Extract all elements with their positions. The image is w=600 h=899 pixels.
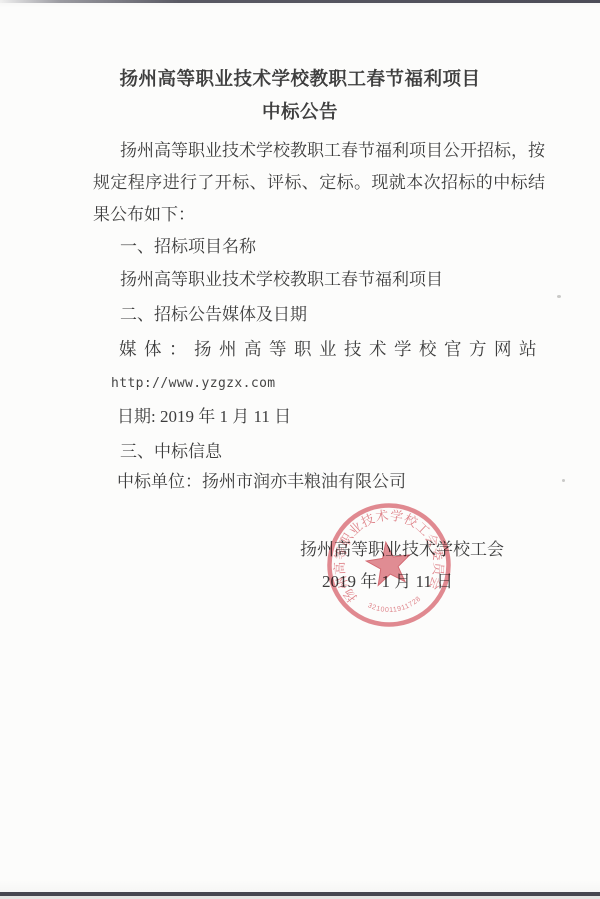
scan-speck [562,479,565,482]
section3-heading: 三、中标信息 [120,441,222,463]
scanned-document-page: 扬州高等职业技术学校教职工春节福利项目 中标公告 扬州高等职业技术学校教职工春节… [0,0,600,899]
official-seal-stamp: 扬州高等职业技术学校工会委员会 3210011911728 [304,480,473,649]
section2-heading: 二、招标公告媒体及日期 [120,304,307,326]
section2-media-url: http://www.yzgzx.com [111,373,276,395]
section1-heading: 一、招标项目名称 [120,236,256,258]
scan-edge-bottom [0,892,600,896]
document-title-line2: 中标公告 [0,99,600,125]
section2-date-line: 日期: 2019 年 1 月 11 日 [117,406,291,428]
intro-paragraph: 扬州高等职业技术学校教职工春节福利项目公开招标，按规定程序进行了开标、评标、定标… [93,135,545,231]
section1-project-name: 扬州高等职业技术学校教职工春节福利项目 [120,269,443,291]
seal-serial-number: 3210011911728 [366,595,424,618]
scan-edge-top [0,0,600,3]
section3-winner-line: 中标单位：扬州市润亦丰粮油有限公司 [117,471,406,493]
seal-star-icon [364,539,413,586]
section2-media-line: 媒体：扬州高等职业技术学校官方网站 [119,338,544,360]
document-title-line1: 扬州高等职业技术学校教职工春节福利项目 [0,66,600,92]
scan-speck [557,295,561,298]
